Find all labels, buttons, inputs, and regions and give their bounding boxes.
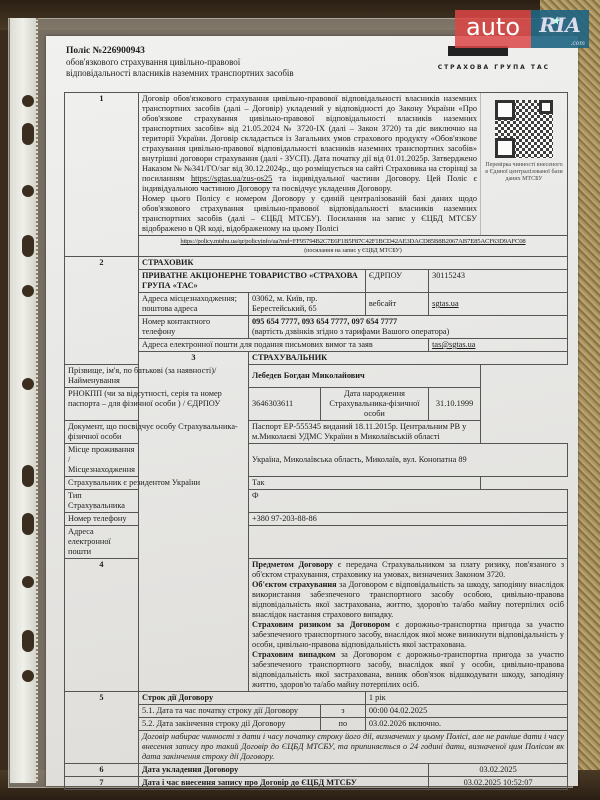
resident-value: Так [248, 477, 480, 490]
address-label: Адреса місцезнаходження; поштова адреса [138, 293, 248, 316]
watermark-ria-text: RIA [539, 13, 581, 37]
policy-table: 1 Договір обов'язкового страхування циві… [64, 92, 568, 790]
edrpou-label: ЄДРПОУ [365, 270, 428, 293]
risk-term: Страховим ризиком за Договором [252, 620, 390, 629]
doc-label: Документ, що посвідчує особу Страхувальн… [65, 421, 249, 444]
qr-caption: Перевірка чинності внесеного в Єдиної це… [484, 162, 564, 183]
doc-value: Паспорт ЕР-555345 виданий 18.11.2015р. Ц… [248, 421, 480, 444]
policyholder-resident-row: Страхувальник є резидентом України Так [65, 477, 568, 490]
phone-label: Номер контактного телефону [138, 316, 248, 339]
dob-value: 31.10.1999 [429, 388, 481, 421]
website-label: вебсайт [365, 293, 428, 316]
residence-value: Україна, Миколаївська область, Миколаїв,… [248, 444, 567, 477]
section-1-para2: Номер цього Полісу є номером Договору у … [142, 194, 477, 233]
resident-label: Страхувальник є резидентом України [65, 477, 249, 490]
section-number: 1 [65, 93, 139, 257]
binder-hole [22, 576, 34, 588]
term-note-row: Договір набирає чинності з дати і часу п… [65, 731, 568, 764]
qr-code[interactable] [495, 100, 553, 158]
section-number: 5 [65, 692, 139, 764]
policyholder-doc-row: Документ, що посвідчує особу Страхувальн… [65, 421, 568, 444]
record-date-label: Дата і час внесення запису про Договір д… [138, 777, 428, 790]
binder-hole [22, 465, 34, 487]
section-number: 6 [65, 764, 139, 777]
id-label: РНОКПП (чи за відсутності, серія та номе… [65, 388, 249, 421]
type-label: Тип Страхувальника [65, 490, 139, 513]
zusp-link[interactable]: https://sgtas.ua/zus-os25 [191, 174, 272, 183]
insurer-company-row: ПРИВАТНЕ АКЦІОНЕРНЕ ТОВАРИСТВО «СТРАХОВА… [65, 270, 568, 293]
binder-hole [22, 630, 34, 652]
conclusion-date-label: Дата укладення Договору [138, 764, 428, 777]
term-start-row: 5.1. Дата та час початку строку дії Дого… [65, 705, 568, 718]
watermark-suffix: .com [570, 40, 585, 48]
record-link-cell: https://policy.mtsbu.ua/qr/policyinfo/ua… [138, 236, 567, 257]
start-prefix: з [320, 705, 365, 718]
policyholder-id-row: РНОКПП (чи за відсутності, серія та номе… [65, 388, 568, 421]
term-end-row: 5.2. Дата закінчення строку дії Договору… [65, 718, 568, 731]
policyholder-name-row: Прізвище, ім'я, по батькові (за наявност… [65, 365, 568, 388]
watermark-auto: auto [455, 10, 531, 48]
term-note: Договір набирає чинності з дати і часу п… [138, 731, 567, 764]
end-prefix: по [320, 718, 365, 731]
conclusion-date-value: 03.02.2025 [429, 764, 568, 777]
policy-title: Поліс №226900943 [66, 46, 294, 57]
binder-hole [22, 235, 34, 257]
email-link[interactable]: tas@sgtas.ua [429, 339, 568, 352]
policy-subtitle: відповідальності власників наземних тран… [66, 68, 294, 79]
binder-hole [22, 378, 34, 390]
section-number: 4 [65, 559, 139, 692]
binder-hole [22, 123, 34, 145]
record-date-value: 03.02.2025 10:52:07 [429, 777, 568, 790]
autoria-watermark: auto ★ RIA .com [455, 10, 590, 48]
insurer-phone-row: Номер контактного телефону 095 654 7777,… [65, 316, 568, 339]
policyholder-phone-label: Номер телефону [65, 513, 139, 526]
section-4-text: Предметом Договору є передача Страхуваль… [248, 559, 567, 692]
end-label: 5.2. Дата закінчення строку дії Договору [138, 718, 320, 731]
dob-label: Дата народження Страхувальника-фізичної … [320, 388, 428, 421]
phone-note: (вартість дзвінків згідно з тарифами Ваш… [252, 327, 564, 337]
section-1-para1: Договір обов'язкового страхування цивіль… [142, 94, 477, 183]
edrpou-value: 30115243 [429, 270, 568, 293]
section-3-heading-row: 3 СТРАХУВАЛЬНИК [65, 352, 568, 365]
section-6: 6 Дата укладення Договору 03.02.2025 [65, 764, 568, 777]
tax-id-value: 3646303611 [248, 388, 320, 421]
section-number: 7 [65, 777, 139, 790]
term-heading: Строк дії Договору [138, 692, 365, 705]
insurer-phones: 095 654 7777, 093 654 7777, 097 654 7777 [252, 317, 564, 327]
star-icon: ★ [551, 7, 560, 37]
term-value: 1 рік [365, 692, 567, 705]
binder-hole [22, 185, 34, 197]
section-2-heading-row: 2 СТРАХОВИК [65, 257, 568, 270]
residence-label: Місце проживання / Місцезнаходження [65, 444, 139, 477]
section-1-record: https://policy.mtsbu.ua/qr/policyinfo/ua… [65, 236, 568, 257]
case-term: Страховим випадком [252, 650, 336, 659]
record-caption: (посилання на запис у ЄЦБД МТСБУ) [142, 247, 564, 255]
end-value: 03.02.2026 включно. [365, 718, 567, 731]
binder-hole [22, 285, 34, 297]
subject-term: Предметом Договору [252, 560, 333, 569]
binder-hole [22, 670, 34, 682]
insurer-logo-text: СТРАХОВА ГРУПА ТАС [438, 64, 550, 71]
website-link[interactable]: sgtas.ua [429, 293, 568, 316]
binder-hole [22, 95, 34, 107]
policy-header: Поліс №226900943 обов'язкового страхуван… [66, 46, 294, 79]
policyholder-email-label: Адреса електронної пошти [65, 526, 139, 559]
section-3-heading: СТРАХУВАЛЬНИК [248, 352, 567, 365]
type-value: Ф [248, 490, 567, 513]
section-number: 2 [65, 257, 139, 365]
section-5-heading-row: 5 Строк дії Договору 1 рік [65, 692, 568, 705]
email-label: Адреса електронної пошти для подання пис… [138, 339, 428, 352]
record-url-link[interactable]: https://policy.mtsbu.ua/qr/policyinfo/ua… [142, 237, 564, 247]
policyholder-name: Лебедєв Богдан Миколайович [248, 365, 480, 388]
watermark-ria: ★ RIA .com [531, 10, 589, 48]
section-7: 7 Дата і час внесення запису про Договір… [65, 777, 568, 790]
insurance-policy-document: Поліс №226900943 обов'язкового страхуван… [46, 36, 578, 786]
policy-subtitle: обов'язкового страхування цивільно-право… [66, 57, 294, 68]
start-label: 5.1. Дата та час початку строку дії Дого… [138, 705, 320, 718]
binder-hole [22, 513, 34, 535]
policyholder-phone-value: +380 97-203-88-86 [248, 513, 567, 526]
section-1: 1 Договір обов'язкового страхування циві… [65, 93, 568, 236]
object-term: Об'єктом страхування [252, 580, 337, 589]
insurer-company-name: ПРИВАТНЕ АКЦІОНЕРНЕ ТОВАРИСТВО «СТРАХОВА… [138, 270, 365, 293]
name-label: Прізвище, ім'я, по батькові (за наявност… [65, 365, 249, 388]
address-value: 03062, м. Київ, пр. Берестейський, 65 [248, 293, 365, 316]
insurer-address-row: Адреса місцезнаходження; поштова адреса … [65, 293, 568, 316]
section-2-heading: СТРАХОВИК [138, 257, 567, 270]
phone-cell: 095 654 7777, 093 654 7777, 097 654 7777… [248, 316, 567, 339]
insurer-email-row: Адреса електронної пошти для подання пис… [65, 339, 568, 352]
qr-block: Перевірка чинності внесеного в Єдиної це… [481, 93, 568, 236]
section-1-text: Договір обов'язкового страхування цивіль… [138, 93, 480, 236]
start-value: 00:00 04.02.2025 [365, 705, 567, 718]
policyholder-email-value [248, 526, 567, 559]
